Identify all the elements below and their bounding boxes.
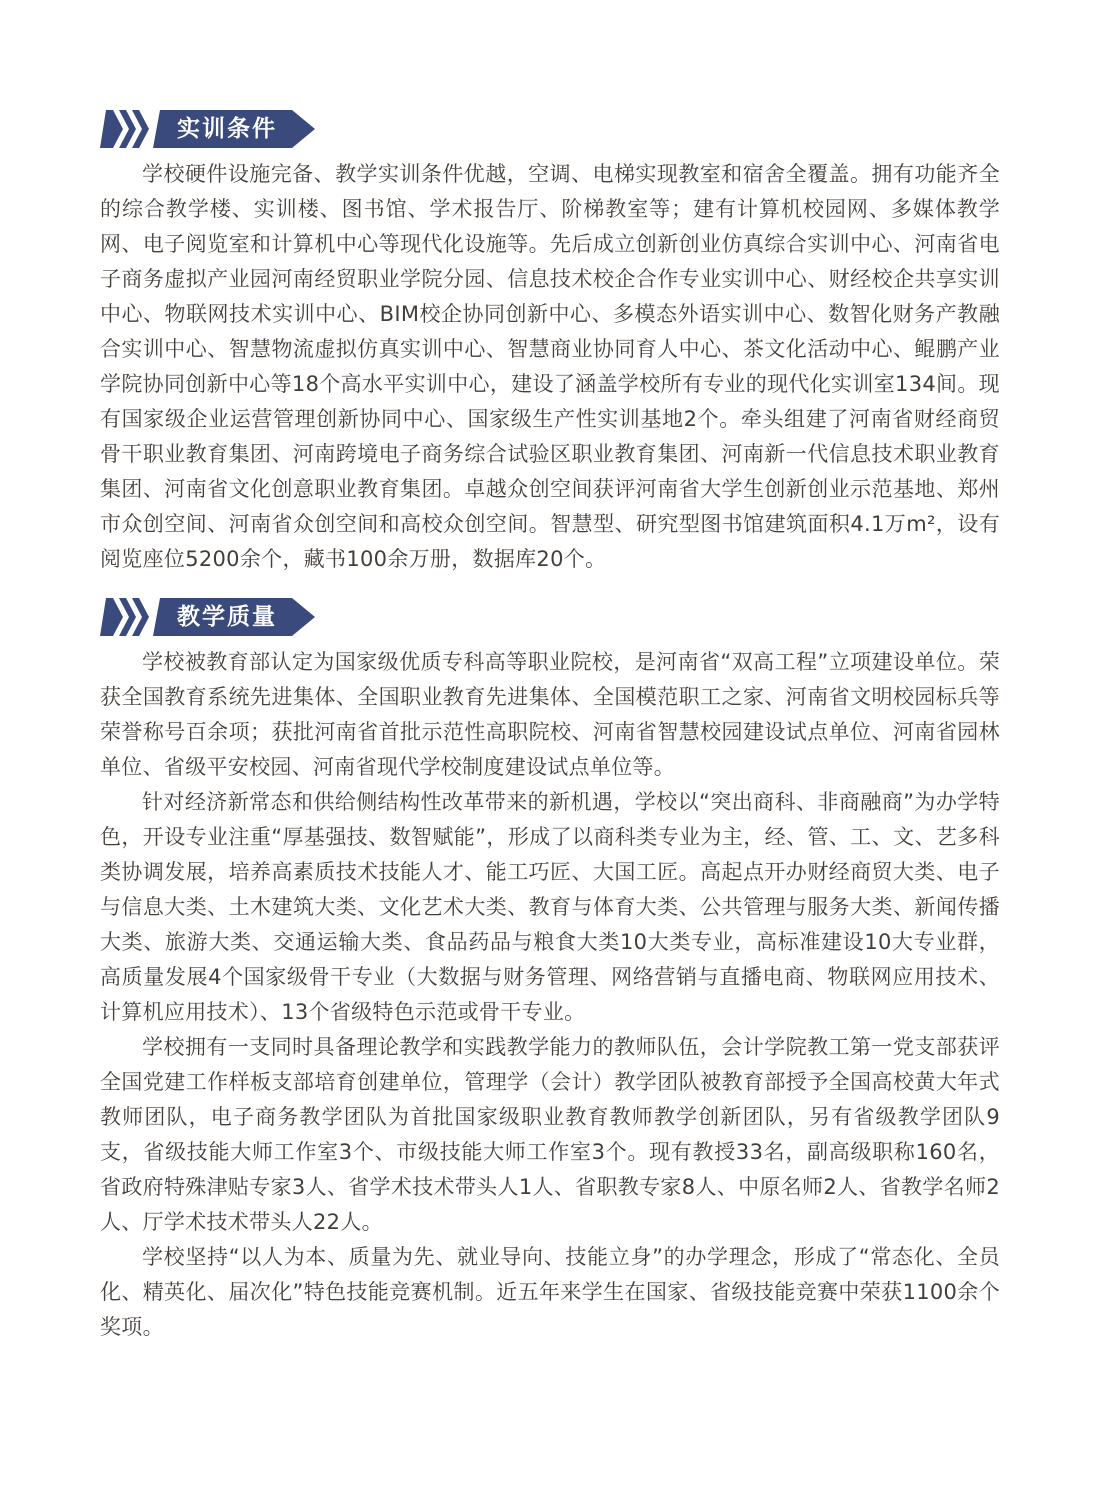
paragraph: 学校拥有一支同时具备理论教学和实践教学能力的教师队伍，会计学院教工第一党支部获评… bbox=[100, 1030, 1000, 1240]
triple-chevron-icon bbox=[100, 598, 152, 636]
section-title-banner: 教学质量 bbox=[153, 598, 315, 636]
paragraph: 学校硬件设施完备、教学实训条件优越，空调、电梯实现教室和宿舍全覆盖。拥有功能齐全… bbox=[100, 157, 1000, 577]
paragraph: 学校坚持“以人为本、质量为先、就业导向、技能立身”的办学理念，形成了“常态化、全… bbox=[100, 1240, 1000, 1345]
section-header: 实训条件 bbox=[100, 110, 1000, 148]
section-body: 学校硬件设施完备、教学实训条件优越，空调、电梯实现教室和宿舍全覆盖。拥有功能齐全… bbox=[100, 157, 1000, 577]
section-title: 实训条件 bbox=[175, 118, 277, 141]
paragraph: 学校被教育部认定为国家级优质专科高等职业院校，是河南省“双高工程”立项建设单位。… bbox=[100, 645, 1000, 785]
document-content: 实训条件 学校硬件设施完备、教学实训条件优越，空调、电梯实现教室和宿舍全覆盖。拥… bbox=[0, 0, 1100, 1345]
page: { "colors": { "page_bg": "#ffffff", "ban… bbox=[0, 0, 1100, 1493]
section-teaching-quality: 教学质量 学校被教育部认定为国家级优质专科高等职业院校，是河南省“双高工程”立项… bbox=[100, 598, 1000, 1345]
section-title: 教学质量 bbox=[175, 606, 277, 629]
triple-chevron-icon bbox=[100, 110, 152, 148]
section-header: 教学质量 bbox=[100, 598, 1000, 636]
paragraph: 针对经济新常态和供给侧结构性改革带来的新机遇，学校以“突出商科、非商融商”为办学… bbox=[100, 785, 1000, 1030]
section-training-conditions: 实训条件 学校硬件设施完备、教学实训条件优越，空调、电梯实现教室和宿舍全覆盖。拥… bbox=[100, 110, 1000, 577]
section-body: 学校被教育部认定为国家级优质专科高等职业院校，是河南省“双高工程”立项建设单位。… bbox=[100, 645, 1000, 1345]
section-title-banner: 实训条件 bbox=[153, 110, 315, 148]
